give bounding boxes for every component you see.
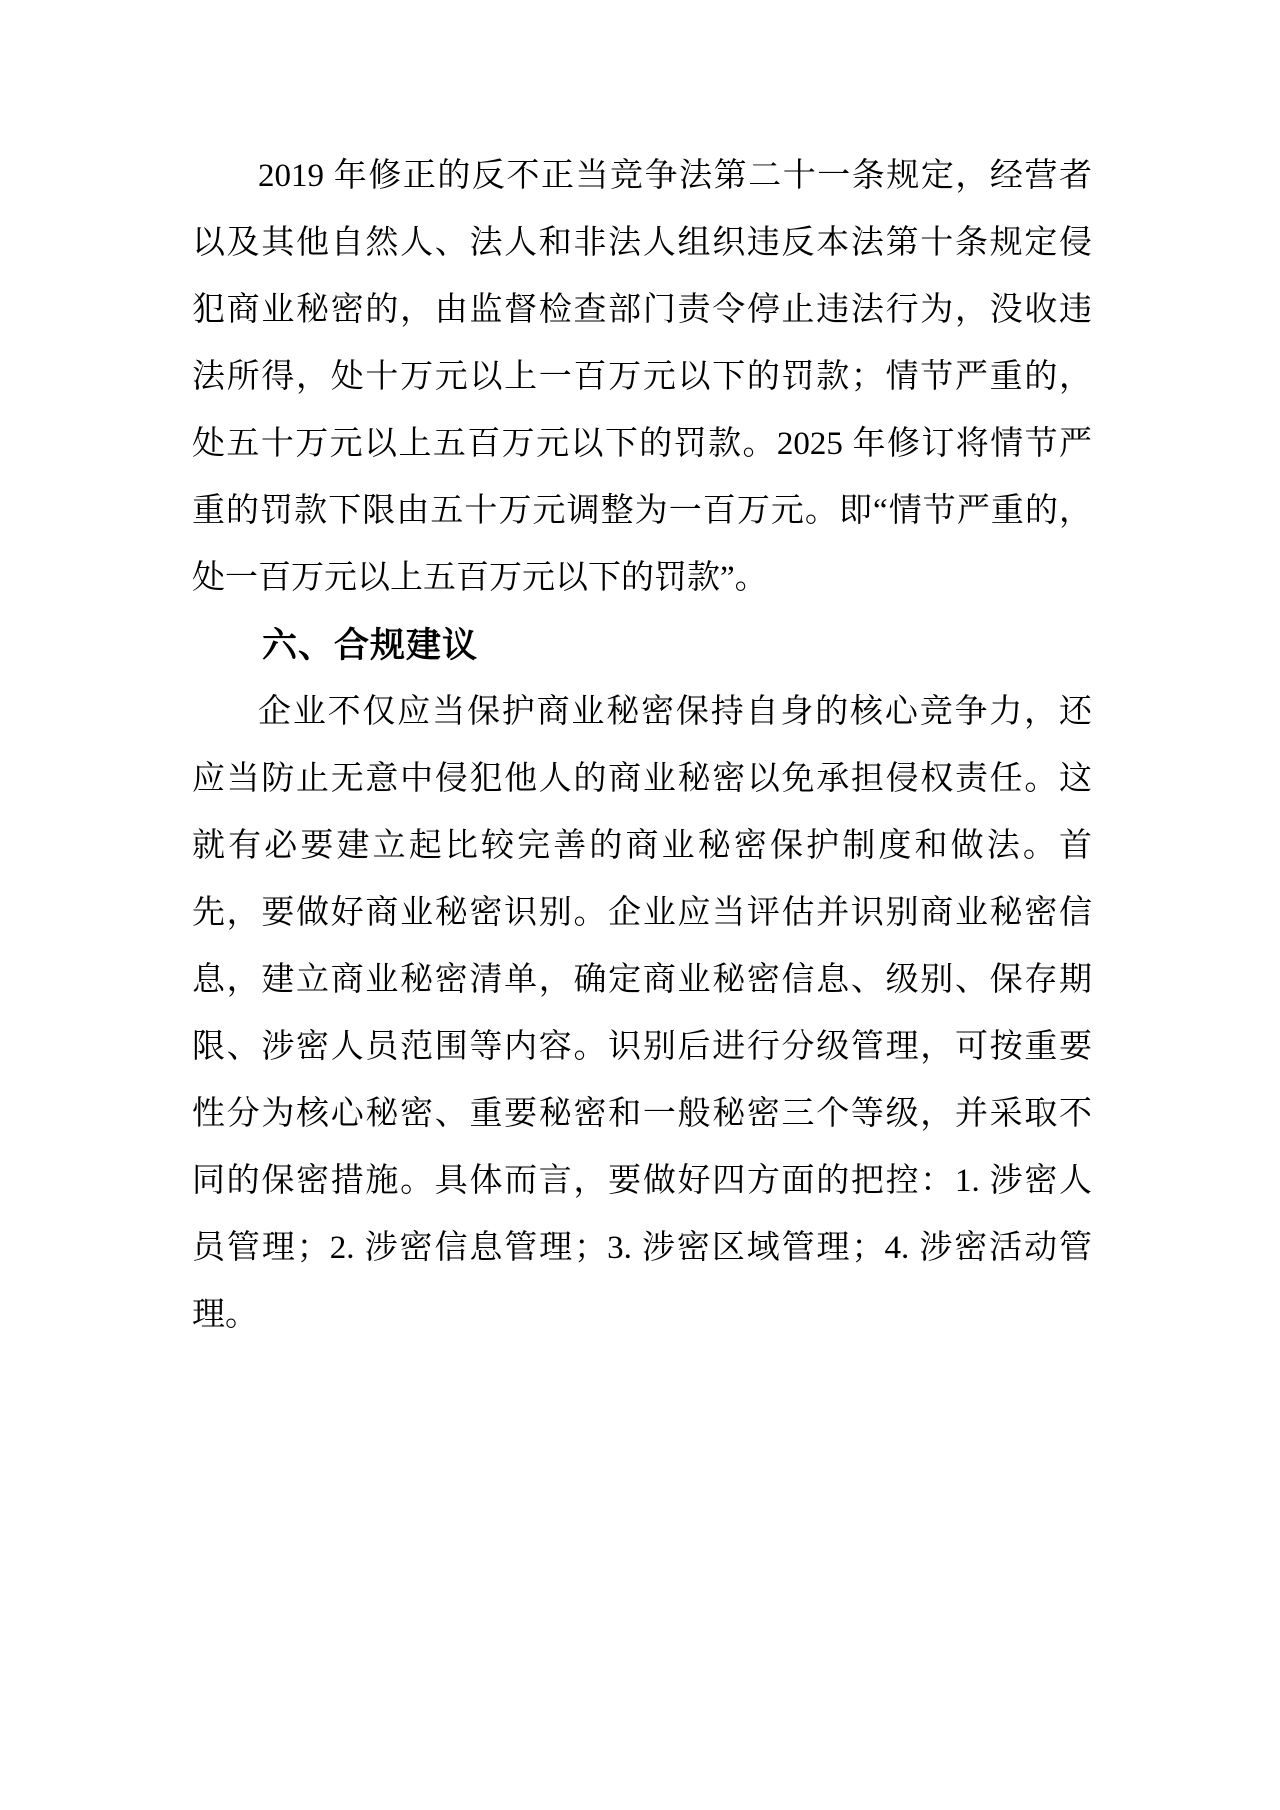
body-text-line: 法所得，处十万元以上一百万元以下的罚款；情节严重的， [192, 344, 1092, 411]
body-text-line: 限、涉密人员范围等内容。识别后进行分级管理，可按重要 [192, 1014, 1092, 1081]
body-text-line: 理。 [192, 1282, 1092, 1349]
body-text-line: 员管理；2. 涉密信息管理；3. 涉密区域管理；4. 涉密活动管 [192, 1215, 1092, 1282]
body-text-line: 同的保密措施。具体而言，要做好四方面的把控：1. 涉密人 [192, 1148, 1092, 1215]
document-page: 2019 年修正的反不正当竞争法第二十一条规定，经营者以及其他自然人、法人和非法… [0, 0, 1280, 1810]
section-heading: 六、合规建议 [192, 612, 1092, 679]
body-text-line: 就有必要建立起比较完善的商业秘密保护制度和做法。首 [192, 813, 1092, 880]
body-text-line: 犯商业秘密的，由监督检查部门责令停止违法行为，没收违 [192, 277, 1092, 344]
body-text-line: 处一百万元以上五百万元以下的罚款”。 [192, 545, 1092, 612]
body-text-line: 性分为核心秘密、重要秘密和一般秘密三个等级，并采取不 [192, 1081, 1092, 1148]
body-text-line: 企业不仅应当保护商业秘密保持自身的核心竞争力，还 [192, 679, 1092, 746]
body-text-line: 应当防止无意中侵犯他人的商业秘密以免承担侵权责任。这 [192, 746, 1092, 813]
body-paragraph: 2019 年修正的反不正当竞争法第二十一条规定，经营者以及其他自然人、法人和非法… [192, 143, 1092, 612]
body-text-line: 息，建立商业秘密清单，确定商业秘密信息、级别、保存期 [192, 947, 1092, 1014]
body-text-line: 先，要做好商业秘密识别。企业应当评估并识别商业秘密信 [192, 880, 1092, 947]
document-body: 2019 年修正的反不正当竞争法第二十一条规定，经营者以及其他自然人、法人和非法… [192, 143, 1092, 1349]
body-text-line: 重的罚款下限由五十万元调整为一百万元。即“情节严重的， [192, 478, 1092, 545]
body-paragraph: 企业不仅应当保护商业秘密保持自身的核心竞争力，还应当防止无意中侵犯他人的商业秘密… [192, 679, 1092, 1349]
body-text-line: 处五十万元以上五百万元以下的罚款。2025 年修订将情节严 [192, 411, 1092, 478]
body-text-line: 2019 年修正的反不正当竞争法第二十一条规定，经营者 [192, 143, 1092, 210]
body-text-line: 以及其他自然人、法人和非法人组织违反本法第十条规定侵 [192, 210, 1092, 277]
